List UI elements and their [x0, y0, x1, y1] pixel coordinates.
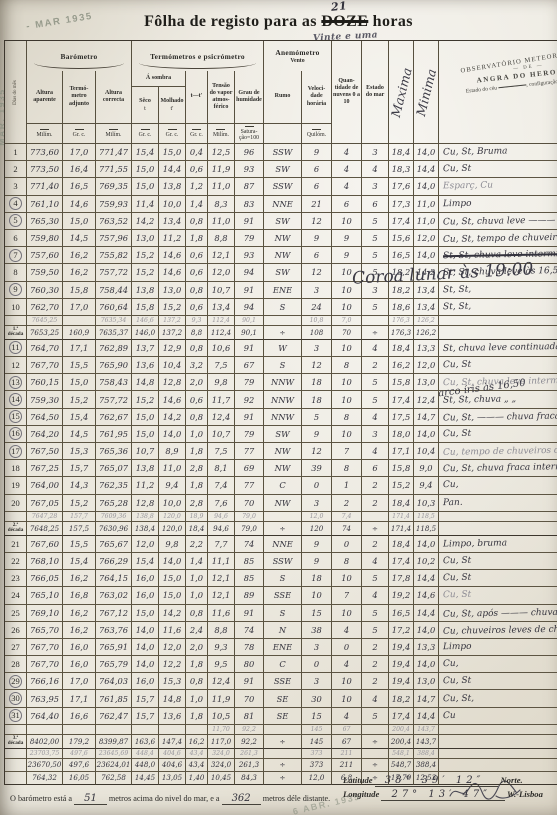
value-cell-seco: 15,0 — [132, 161, 159, 178]
value-cell-nuv: 4 — [332, 622, 362, 639]
value-cell-alt_cor: 7635,37 — [96, 326, 132, 340]
sky-note-cell: Cu, chuveiros leves de chuva, arc. íris … — [439, 622, 557, 639]
value-cell-hum: 79 — [235, 230, 264, 247]
value-cell-molh: 14,6 — [159, 391, 186, 408]
value-cell-alt_ap: 759,80 — [27, 230, 63, 247]
value-cell-max: 17,2 — [389, 622, 414, 639]
value-cell-alt_ap: 759,30 — [27, 391, 63, 408]
value-cell-seco: 15,7 — [132, 708, 159, 725]
value-cell-hum: 79 — [235, 374, 264, 391]
value-cell-tens: 112,4 — [208, 326, 235, 340]
value-cell-max: 16,5 — [389, 247, 414, 264]
day-cell: 22 — [5, 553, 27, 570]
value-cell-min: 14,4 — [414, 708, 439, 725]
value-cell-rumo: SW — [264, 213, 302, 230]
unit-cell: Satura­ção=100 — [235, 124, 264, 144]
sky-note-cell: Cu, St — [439, 553, 557, 570]
value-cell-molh: 137,2 — [159, 316, 186, 326]
value-cell-molh: 14,8 — [159, 690, 186, 707]
value-cell-vel: 0 — [302, 656, 332, 673]
value-cell-vel: 12 — [302, 213, 332, 230]
value-cell-rumo: C — [264, 477, 302, 494]
value-cell-min: 10,4 — [414, 443, 439, 460]
sky-note-cell: St, St, — [439, 282, 557, 299]
day-cell — [5, 772, 27, 785]
value-cell-tens: 12,0 — [208, 264, 235, 281]
day-column-label: Dias do mês — [13, 80, 18, 105]
value-cell-molh: 15,3 — [159, 673, 186, 690]
value-cell-min: 12,0 — [414, 230, 439, 247]
value-cell-seco: 15,2 — [132, 247, 159, 264]
sky-note-cell — [439, 759, 557, 772]
value-cell-molh: 13,0 — [159, 282, 186, 299]
value-cell-term: 16,05 — [63, 772, 96, 785]
vapor-tension-header: Tensão do vapor atmos­férico — [208, 71, 235, 124]
day-cell: 18 — [5, 460, 27, 477]
longitude-label: Longitude — [343, 789, 379, 799]
sky-note-cell: St, St, — [439, 299, 557, 316]
value-cell-nuv: 10 — [332, 340, 362, 357]
value-cell-alt_cor: 755,82 — [96, 247, 132, 264]
value-cell-nuv: 0 — [332, 536, 362, 553]
value-cell-hum: 69 — [235, 460, 264, 477]
unit-cell: Quilóm. — [302, 124, 332, 144]
value-cell-molh: 12,9 — [159, 340, 186, 357]
register-sheet: - MAR 1935 MAR. 1935 6 ABR. 1935 Fôlha d… — [0, 0, 557, 815]
value-cell-term: 16,0 — [63, 656, 96, 673]
value-cell-rumo: S — [264, 570, 302, 587]
sky-note-cell: Cu, St, Bruma — [439, 144, 557, 161]
value-cell-molh: 15,0 — [159, 144, 186, 161]
value-cell-max: 16,2 — [389, 357, 414, 374]
value-cell-tens: 12,4 — [208, 409, 235, 426]
value-cell-rumo: NNW — [264, 391, 302, 408]
value-cell-alt_ap: 7653,25 — [27, 326, 63, 340]
value-cell-term: 16,8 — [63, 587, 96, 604]
value-cell-alt_ap: 7645,25 — [27, 316, 63, 326]
value-cell-min: 10,3 — [414, 495, 439, 512]
value-cell-hum: 70 — [235, 495, 264, 512]
value-cell-rumo: SE — [264, 708, 302, 725]
value-cell-molh: 10,0 — [159, 495, 186, 512]
value-cell-nuv: 10 — [332, 605, 362, 622]
value-cell-molh: 14,0 — [159, 553, 186, 570]
value-cell-mar: 5 — [362, 247, 389, 264]
day-cell: 10 — [5, 299, 27, 316]
day-cell: 15 — [5, 409, 27, 426]
day-cell: 23 — [5, 570, 27, 587]
value-cell-alt_ap: 767,60 — [27, 536, 63, 553]
value-cell-mar: 5 — [362, 605, 389, 622]
value-cell-alt_cor: 761,95 — [96, 426, 132, 443]
value-cell-term: 15,3 — [63, 443, 96, 460]
value-cell-tens: 12,1 — [208, 570, 235, 587]
value-cell-molh: 12,8 — [159, 374, 186, 391]
day-cell: 26 — [5, 622, 27, 639]
barometer-group-header: Barómetro — [27, 41, 132, 71]
thermometer-group-header: Termómetros e psicrómetro — [132, 41, 264, 71]
value-cell-alt_ap: 767,70 — [27, 357, 63, 374]
value-cell-alt_ap: 764,40 — [27, 708, 63, 725]
value-cell-tt: 0,6 — [186, 161, 208, 178]
value-cell-nuv: 10 — [332, 426, 362, 443]
minima-column-header: Minima — [414, 41, 439, 144]
sky-note-cell: Cu — [439, 708, 557, 725]
value-cell-alt_ap: 764,20 — [27, 426, 63, 443]
value-cell-hum: 90,1 — [235, 326, 264, 340]
value-cell-alt_cor: 762,58 — [96, 772, 132, 785]
sea-state-label: Estado do mar — [362, 85, 388, 99]
title-prefix: Fôlha de registo para as — [144, 13, 321, 30]
unit-cell: Gr. c. — [186, 124, 208, 144]
value-cell-molh: 14,0 — [159, 426, 186, 443]
value-cell-alt_cor: 757,72 — [96, 391, 132, 408]
value-cell-seco: 12,0 — [132, 536, 159, 553]
value-cell-nuv: 1 — [332, 477, 362, 494]
value-cell-mar: 4 — [362, 443, 389, 460]
value-cell-tens: 7,6 — [208, 495, 235, 512]
value-cell-term — [63, 316, 96, 326]
value-cell-vel: 3 — [302, 495, 332, 512]
value-cell-min: 9,0 — [414, 460, 439, 477]
value-cell-vel: 373 — [302, 749, 332, 759]
value-cell-seco — [132, 725, 159, 735]
value-cell-mar: 5 — [362, 213, 389, 230]
value-cell-hum: 92,2 — [235, 735, 264, 749]
value-cell-tt: 1,40 — [186, 772, 208, 785]
value-cell-molh: 14,2 — [159, 409, 186, 426]
value-cell-seco: 448,0 — [132, 759, 159, 772]
value-cell-tt: 1,2 — [186, 178, 208, 195]
sky-note-cell: St, chuva leve continuada — [439, 340, 557, 357]
value-cell-term: 179,2 — [63, 735, 96, 749]
unit-label: Gr. c. — [166, 129, 179, 138]
value-cell-nuv: 4 — [332, 656, 362, 673]
value-cell-tt: 0,8 — [186, 213, 208, 230]
thermometer-group-label: Termómetros e psicrómetro — [150, 52, 245, 61]
shade-subheader: Á sombra — [132, 71, 186, 87]
value-cell-tt: 1,8 — [186, 656, 208, 673]
value-cell-vel: 108 — [302, 326, 332, 340]
value-cell-seco: 13,7 — [132, 340, 159, 357]
value-cell-molh: 14,2 — [159, 605, 186, 622]
value-cell-term: 16,2 — [63, 605, 96, 622]
value-cell-alt_cor: 763,02 — [96, 587, 132, 604]
value-cell-tens: 10,6 — [208, 340, 235, 357]
value-cell-vel: 38 — [302, 622, 332, 639]
value-cell-mar: ÷ — [362, 735, 389, 749]
value-cell-term: 15,0 — [63, 213, 96, 230]
title-suffix: horas — [368, 13, 413, 30]
value-cell-alt_ap: 768,10 — [27, 553, 63, 570]
value-cell-molh: 14,6 — [159, 264, 186, 281]
value-cell-alt_cor: 757,96 — [96, 230, 132, 247]
value-cell-nuv: 2 — [332, 495, 362, 512]
value-cell-min: 14,0 — [414, 247, 439, 264]
value-cell-term: 14,5 — [63, 426, 96, 443]
value-cell-alt_cor: 764,15 — [96, 570, 132, 587]
value-cell-alt_cor: 7635,34 — [96, 316, 132, 326]
sea-state-header: Estado do mar — [362, 41, 389, 144]
sky-note-cell: Cu, St — [439, 587, 557, 604]
value-cell-min: 10,2 — [414, 553, 439, 570]
value-cell-hum: 96 — [235, 144, 264, 161]
value-cell-seco: 14,0 — [132, 656, 159, 673]
value-cell-seco: 15,0 — [132, 178, 159, 195]
value-cell-tens: 7,5 — [208, 443, 235, 460]
value-cell-rumo — [264, 725, 302, 735]
value-cell-alt_cor: 765,28 — [96, 495, 132, 512]
value-cell-nuv: 7 — [332, 443, 362, 460]
value-cell-seco: 163,6 — [132, 735, 159, 749]
day-cell: 16 — [5, 426, 27, 443]
value-cell-min: 143,7 — [414, 735, 439, 749]
unit-cell: Gr. c. — [63, 124, 96, 144]
value-cell-alt_cor: 761,85 — [96, 690, 132, 707]
value-cell-term: 15,2 — [63, 391, 96, 408]
value-cell-molh: 137,2 — [159, 326, 186, 340]
value-cell-rumo: NW — [264, 230, 302, 247]
unit-label: Gr. c. — [139, 129, 152, 138]
value-cell-mar: 5 — [362, 708, 389, 725]
value-cell-molh: 12,0 — [159, 639, 186, 656]
value-cell-mar: 5 — [362, 299, 389, 316]
attached-thermometer-header: Termó­metro adjunto — [63, 71, 96, 124]
value-cell-alt_cor: 771,55 — [96, 161, 132, 178]
value-cell-vel: 0 — [302, 477, 332, 494]
value-cell-mar — [362, 512, 389, 522]
value-cell-mar: 5 — [362, 230, 389, 247]
value-cell-term: 16,0 — [63, 639, 96, 656]
sky-note-cell — [439, 725, 557, 735]
day-cell: 3.ª década — [5, 735, 27, 749]
value-cell-seco: 13,8 — [132, 460, 159, 477]
value-cell-molh: 11,0 — [159, 460, 186, 477]
value-cell-seco: 13,0 — [132, 230, 159, 247]
value-cell-tt: 1,0 — [186, 570, 208, 587]
value-cell-hum: 91 — [235, 409, 264, 426]
value-cell-alt_cor: 764,03 — [96, 673, 132, 690]
value-cell-alt_cor: 7609,36 — [96, 512, 132, 522]
value-cell-rumo: ÷ — [264, 772, 302, 785]
value-cell-nuv: 10 — [332, 299, 362, 316]
value-cell-alt_cor — [96, 725, 132, 735]
value-cell-term: 157,7 — [63, 512, 96, 522]
value-cell-tens: 8,3 — [208, 196, 235, 213]
value-cell-min: 13,4 — [414, 299, 439, 316]
value-cell-vel: 6 — [302, 247, 332, 264]
value-cell-vel: 21 — [302, 196, 332, 213]
day-cell: 20 — [5, 495, 27, 512]
wet-bulb-label: Molhado — [159, 98, 184, 105]
value-cell-min: 14,4 — [414, 161, 439, 178]
value-cell-alt_ap: 7648,25 — [27, 522, 63, 536]
sky-note-cell: Limpo — [439, 196, 557, 213]
day-cell: 27 — [5, 639, 27, 656]
minima-handwritten-label: Minima — [413, 67, 439, 117]
value-cell-hum: 83 — [235, 196, 264, 213]
value-cell-seco: 13,6 — [132, 357, 159, 374]
value-cell-min: 14,0 — [414, 536, 439, 553]
value-cell-term: 15,5 — [63, 536, 96, 553]
value-cell-molh: 13,05 — [159, 772, 186, 785]
value-cell-mar: 4 — [362, 409, 389, 426]
value-cell-alt_cor: 8399,87 — [96, 735, 132, 749]
value-cell-molh: 120,0 — [159, 522, 186, 536]
value-cell-min: 13,0 — [414, 673, 439, 690]
day-cell: 2.ª década — [5, 522, 27, 536]
value-cell-alt_cor: 759,93 — [96, 196, 132, 213]
value-cell-rumo: NW — [264, 443, 302, 460]
value-cell-term: 15,0 — [63, 374, 96, 391]
value-cell-hum: 79,0 — [235, 512, 264, 522]
day-cell: 24 — [5, 587, 27, 604]
day-cell: 1.ª década — [5, 326, 27, 340]
value-cell-rumo: ENE — [264, 282, 302, 299]
value-cell-min: 14,0 — [414, 656, 439, 673]
value-cell-term: 17,1 — [63, 340, 96, 357]
value-cell-seco: 13,8 — [132, 282, 159, 299]
value-cell-vel: 9 — [302, 536, 332, 553]
value-cell-tens: 11,70 — [208, 725, 235, 735]
value-cell-min: 13,3 — [414, 639, 439, 656]
sky-note-cell — [439, 735, 557, 749]
unit-label: Quilóm. — [307, 129, 326, 138]
value-cell-mar: 2 — [362, 536, 389, 553]
struck-hour-text: DOZE — [321, 13, 368, 30]
value-cell-term: 17,0 — [63, 144, 96, 161]
sky-note-cell: Cu, St, tempo de chuveiros, pancadas de … — [439, 230, 557, 247]
day-cell: 2 — [5, 161, 27, 178]
value-cell-max: 171,4 — [389, 522, 414, 536]
value-cell-tens: 12,1 — [208, 247, 235, 264]
value-cell-alt_ap: 766,16 — [27, 673, 63, 690]
value-cell-max: 19,4 — [389, 673, 414, 690]
brace-rule — [34, 63, 124, 69]
latitude-label: Latitude — [343, 775, 373, 785]
wind-speed-header: Veloci­dade horária — [302, 71, 332, 124]
value-cell-max: 19,4 — [389, 656, 414, 673]
value-cell-min: 13,3 — [414, 340, 439, 357]
wind-speed-label: Veloci­dade horária — [302, 86, 331, 107]
value-cell-seco: 138,4 — [132, 522, 159, 536]
day-cell — [5, 749, 27, 759]
value-cell-max: 17,6 — [389, 178, 414, 195]
day-cell: 21 — [5, 536, 27, 553]
value-cell-tt: 0,6 — [186, 264, 208, 281]
value-cell-min: 13,0 — [414, 374, 439, 391]
sky-note-cell: Cu, — [439, 656, 557, 673]
longitude-suffix: W.-Lisboa — [507, 789, 543, 799]
value-cell-molh: 10,4 — [159, 357, 186, 374]
unit-label: Gr. c. — [73, 129, 86, 138]
value-cell-hum: 91 — [235, 673, 264, 690]
value-cell-mar: 4 — [362, 587, 389, 604]
value-cell-term: 15,4 — [63, 409, 96, 426]
value-cell-mar: 3 — [362, 426, 389, 443]
wind-direction-header: Rumo — [264, 71, 302, 124]
value-cell-tt: 1,0 — [186, 690, 208, 707]
value-cell-nuv: 9 — [332, 230, 362, 247]
value-cell-max: 200,4 — [389, 725, 414, 735]
value-cell-nuv: 67 — [332, 735, 362, 749]
value-cell-min: 388,4 — [414, 749, 439, 759]
value-cell-min: 14,7 — [414, 690, 439, 707]
value-cell-tt: 0,8 — [186, 605, 208, 622]
value-cell-hum: 74 — [235, 622, 264, 639]
t-difference-label: t—t′ — [190, 93, 204, 100]
value-cell-hum: 87 — [235, 178, 264, 195]
value-cell-vel: 5 — [302, 409, 332, 426]
brace-rule — [139, 63, 256, 69]
value-cell-molh: 11,2 — [159, 230, 186, 247]
value-cell-term: 17,0 — [63, 299, 96, 316]
value-cell-mar: 2 — [362, 673, 389, 690]
value-cell-molh: 15,2 — [159, 299, 186, 316]
value-cell-nuv: 4 — [332, 178, 362, 195]
value-cell-alt_ap: 23670,50 — [27, 759, 63, 772]
value-cell-alt_cor: 23624,01 — [96, 759, 132, 772]
value-cell-max: 18,4 — [389, 495, 414, 512]
value-cell-vel: 6 — [302, 161, 332, 178]
value-cell-tens: 9,3 — [208, 639, 235, 656]
maxima-handwritten-label: Maxima — [388, 66, 415, 119]
sky-caption-struck: ————— — [498, 82, 526, 91]
value-cell-mar: 4 — [362, 161, 389, 178]
value-cell-hum: 92,2 — [235, 725, 264, 735]
value-cell-seco: 15,0 — [132, 426, 159, 443]
value-cell-tt: 0,8 — [186, 340, 208, 357]
value-cell-nuv: 67 — [332, 725, 362, 735]
value-cell-hum: 85 — [235, 570, 264, 587]
value-cell-vel: 3 — [302, 282, 332, 299]
sky-note-cell — [439, 749, 557, 759]
value-cell-molh: 147,4 — [159, 735, 186, 749]
day-cell: 31 — [5, 708, 27, 725]
value-cell-tens: 9,5 — [208, 656, 235, 673]
value-cell-hum: 79,0 — [235, 522, 264, 536]
value-cell-hum: 90,1 — [235, 316, 264, 326]
value-cell-max: 17,4 — [389, 391, 414, 408]
value-cell-term: 16,5 — [63, 178, 96, 195]
value-cell-rumo: NNE — [264, 536, 302, 553]
value-cell-tens: 8,8 — [208, 230, 235, 247]
sky-note-cell — [439, 522, 557, 536]
value-cell-tens: 8,8 — [208, 622, 235, 639]
value-cell-alt_cor: 765,91 — [96, 639, 132, 656]
value-cell-vel: 10 — [302, 587, 332, 604]
value-cell-tens: 9,8 — [208, 374, 235, 391]
value-cell-seco: 15,4 — [132, 553, 159, 570]
value-cell-seco: 14,0 — [132, 622, 159, 639]
value-cell-molh: 404,6 — [159, 749, 186, 759]
value-cell-tt — [186, 725, 208, 735]
value-cell-nuv: 9 — [332, 247, 362, 264]
value-cell-seco: 12,8 — [132, 495, 159, 512]
sky-note-cell: Cu, St, chuva leve ——— intermitente — [439, 213, 557, 230]
value-cell-nuv: 211 — [332, 749, 362, 759]
value-cell-seco: 11,4 — [132, 196, 159, 213]
value-cell-tt: 18,4 — [186, 522, 208, 536]
wet-bulb-header: Molhadot′ — [159, 87, 186, 124]
value-cell-alt_cor: 765,36 — [96, 443, 132, 460]
value-cell-alt_ap — [27, 725, 63, 735]
value-cell-nuv: 8 — [332, 357, 362, 374]
value-cell-hum: 77 — [235, 477, 264, 494]
value-cell-hum: 91 — [235, 213, 264, 230]
value-cell-tens: 7,5 — [208, 357, 235, 374]
value-cell-mar: ÷ — [362, 522, 389, 536]
